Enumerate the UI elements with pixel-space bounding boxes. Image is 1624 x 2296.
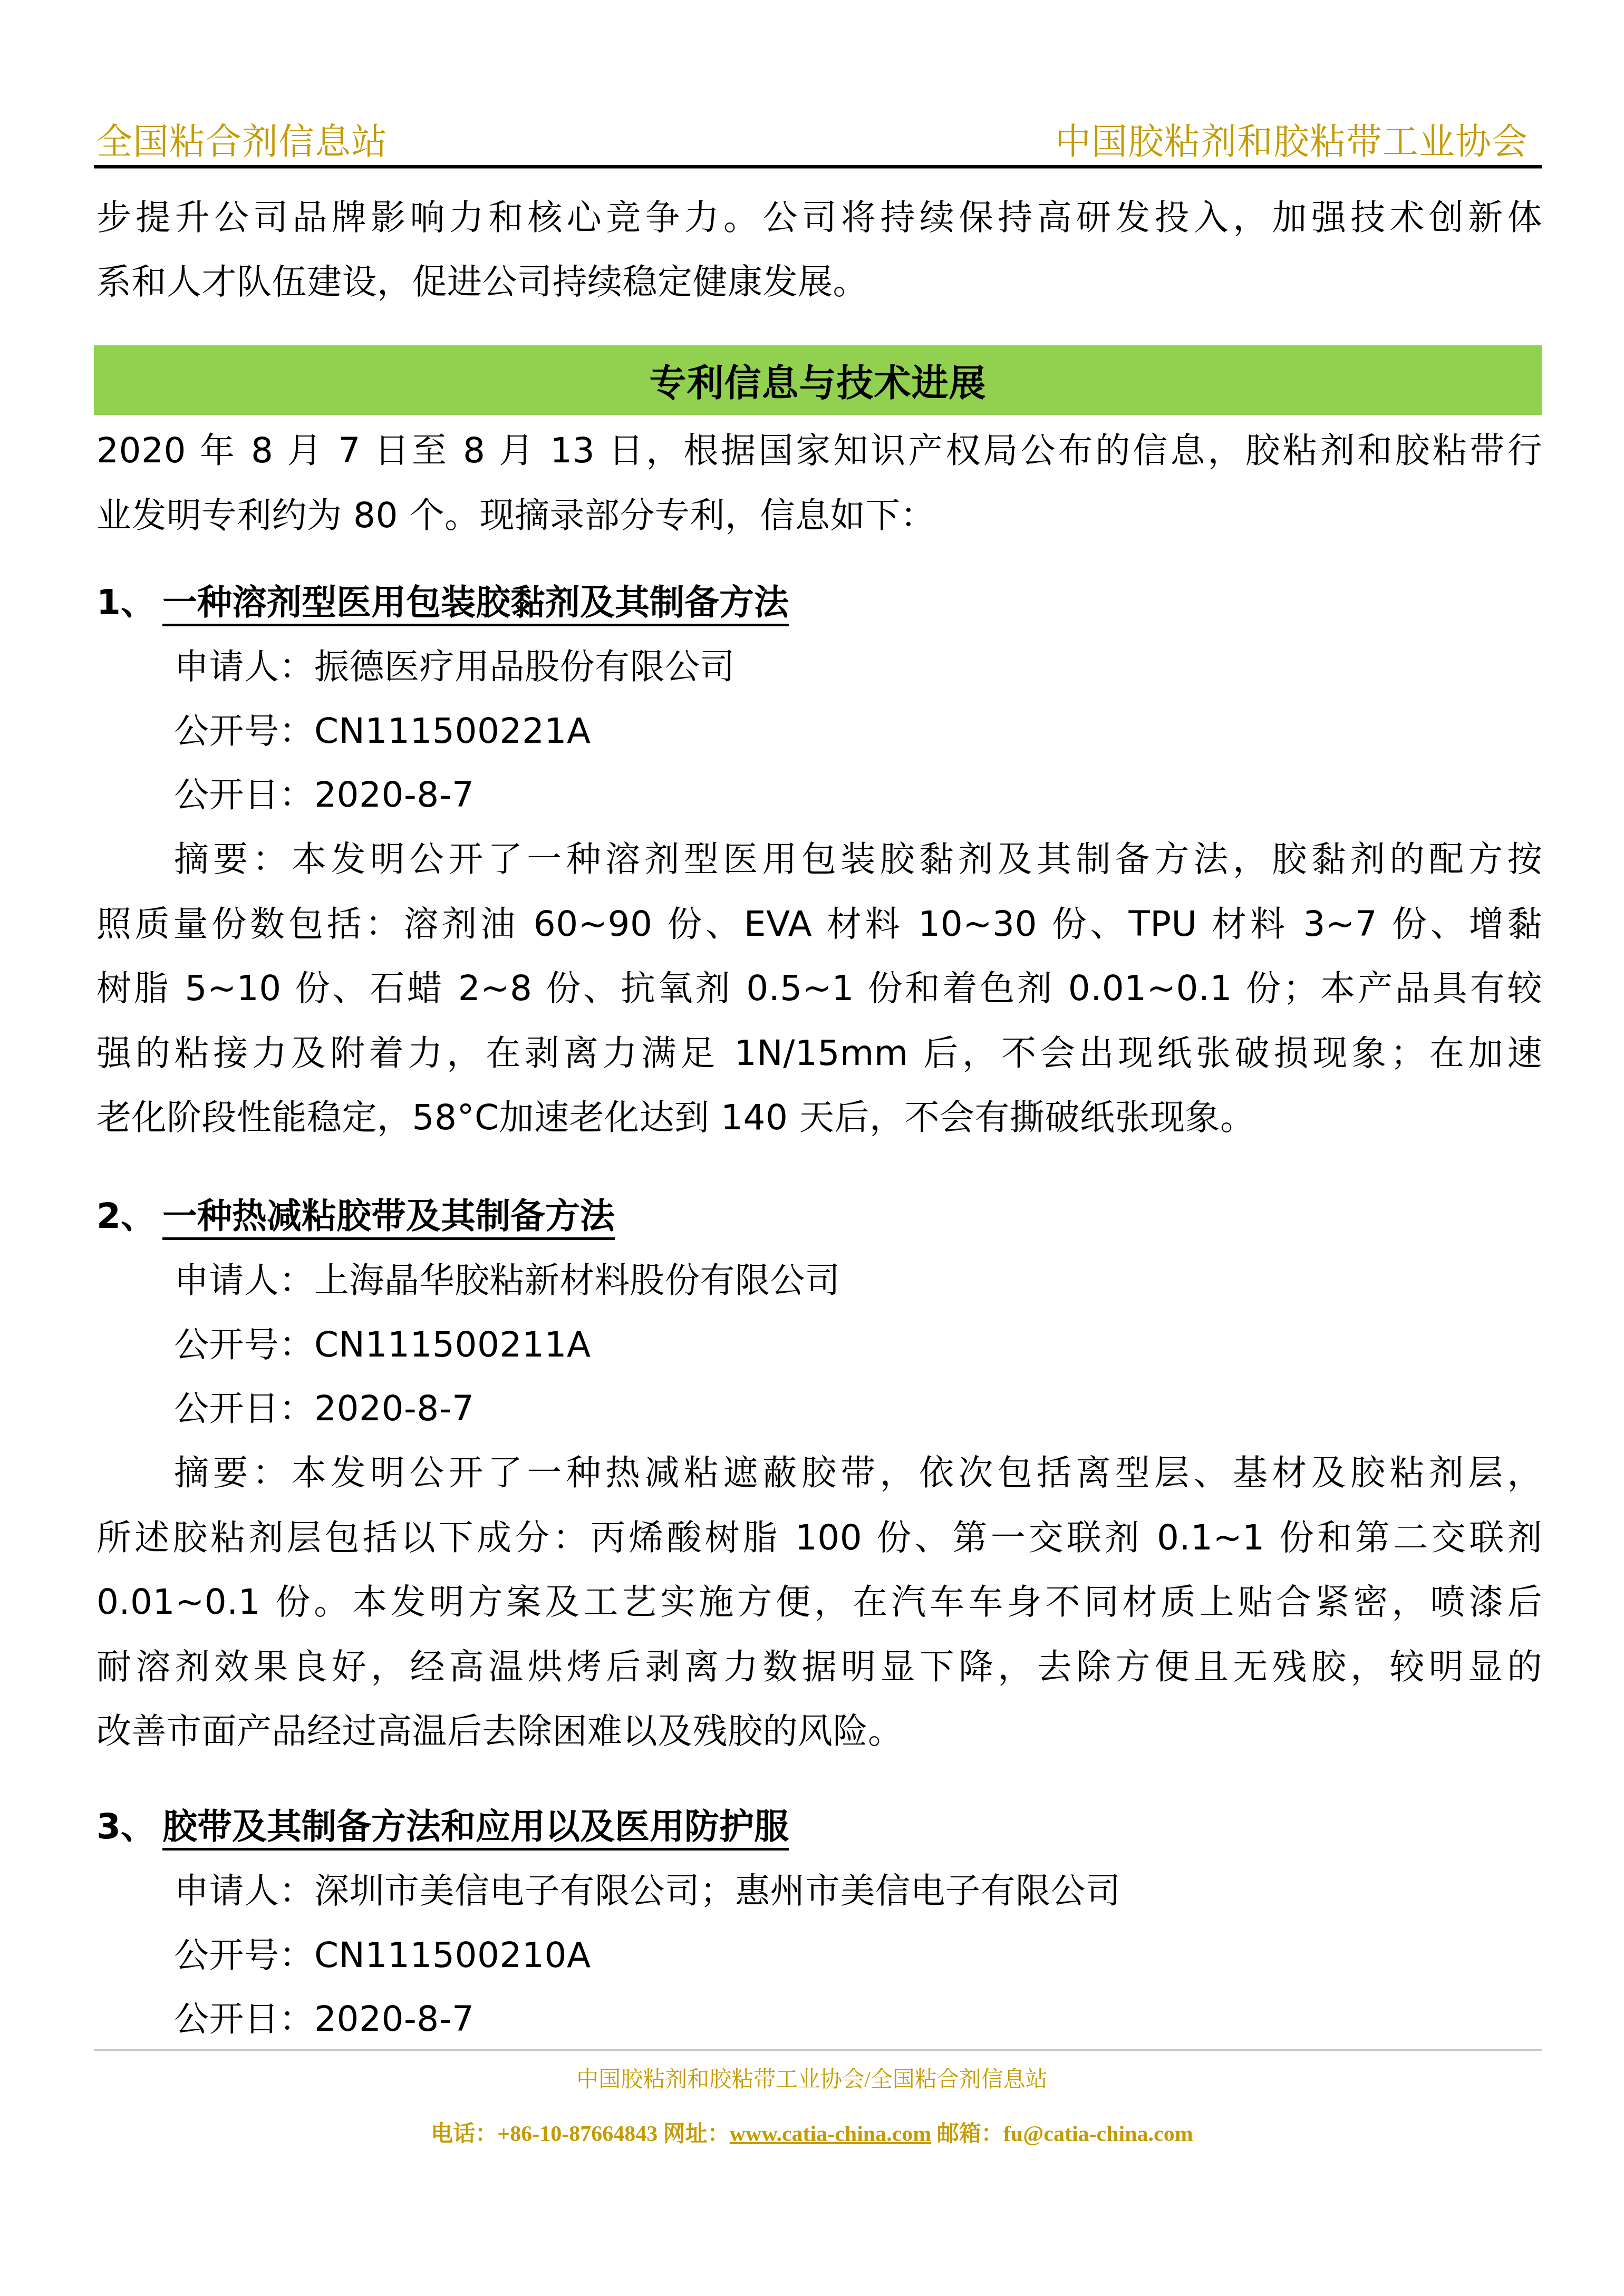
patent-title-text: 一种热减粘胶带及其制备方法 xyxy=(162,1196,615,1240)
abstract-line: 耐溶剂效果良好，经高温烘烤后剥离力数据明显下降，去除方便且无残胶，较明显的 xyxy=(96,1643,1542,1691)
patent-title-text: 一种溶剂型医用包装胶黏剂及其制备方法 xyxy=(162,582,789,626)
patent-pub-no: 公开号：CN111500210A xyxy=(174,1932,1620,1979)
pub-no-label: 公开号： xyxy=(174,1935,314,1975)
pub-no-label: 公开号： xyxy=(174,1324,314,1365)
abstract-line: 摘要：本发明公开了一种热减粘遮蔽胶带，依次包括离型层、基材及胶粘剂层， xyxy=(174,1449,1542,1497)
pub-no-value: CN111500211A xyxy=(314,1324,591,1365)
phone-label: 电话： xyxy=(431,2122,497,2146)
footer-divider xyxy=(94,2049,1542,2051)
abstract-line: 树脂 5~10 份、石蜡 2~8 份、抗氧剂 0.5~1 份和着色剂 0.01~… xyxy=(96,965,1542,1012)
abstract-line: 0.01~0.1 份。本发明方案及工艺实施方便，在汽车车身不同材质上贴合紧密，喷… xyxy=(96,1578,1542,1626)
abstract-line: 改善市面产品经过高温后去除困难以及残胶的风险。 xyxy=(96,1708,1542,1755)
applicant-label: 申请人： xyxy=(174,646,314,687)
header-association-name: 中国胶粘剂和胶粘带工业协会 xyxy=(1055,119,1528,166)
header-site-name: 全国粘合剂信息站 xyxy=(96,119,388,166)
applicant-label: 申请人： xyxy=(174,1871,314,1911)
document-page: 全国粘合剂信息站 中国胶粘剂和胶粘带工业协会 步提升公司品牌影响力和核心竞争力。… xyxy=(0,0,1624,2296)
patent-applicant: 申请人：深圳市美信电子有限公司；惠州市美信电子有限公司 xyxy=(174,1867,1620,1915)
pub-date-value: 2020-8-7 xyxy=(314,1388,475,1429)
pub-no-value: CN111500221A xyxy=(314,711,591,751)
patent-number: 1、 xyxy=(96,579,162,626)
pub-date-value: 2020-8-7 xyxy=(314,774,475,815)
pub-no-value: CN111500210A xyxy=(314,1935,591,1975)
patent-title: 1、一种溶剂型医用包装胶黏剂及其制备方法 xyxy=(96,579,789,626)
abstract-line: 所述胶粘剂层包括以下成分：丙烯酸树脂 100 份、第一交联剂 0.1~1 份和第… xyxy=(96,1514,1542,1562)
pub-date-label: 公开日： xyxy=(174,1999,314,2039)
applicant-value: 深圳市美信电子有限公司；惠州市美信电子有限公司 xyxy=(314,1871,1121,1911)
pub-no-label: 公开号： xyxy=(174,711,314,751)
applicant-value: 上海晶华胶粘新材料股份有限公司 xyxy=(314,1260,840,1301)
patent-number: 3、 xyxy=(96,1803,162,1851)
patent-number: 2、 xyxy=(96,1193,162,1240)
patent-pub-no: 公开号：CN111500211A xyxy=(174,1321,1620,1369)
patent-pub-no: 公开号：CN111500221A xyxy=(174,708,1620,755)
email-address[interactable]: fu@catia-china.com xyxy=(1003,2122,1193,2146)
website-label: 网址： xyxy=(658,2122,730,2146)
phone-number: +86-10-87664843 xyxy=(497,2122,658,2146)
patent-title-text: 胶带及其制备方法和应用以及医用防护服 xyxy=(162,1806,789,1851)
section-banner: 专利信息与技术进展 xyxy=(94,345,1542,415)
patent-pub-date: 公开日：2020-8-7 xyxy=(174,1385,1620,1432)
continuation-line: 系和人才队伍建设，促进公司持续稳定健康发展。 xyxy=(96,258,1542,306)
intro-line: 业发明专利约为 80 个。现摘录部分专利，信息如下： xyxy=(96,492,1542,539)
footer-contact: 电话：+86-10-87664843 网址：www.catia-china.co… xyxy=(0,2118,1624,2150)
patent-applicant: 申请人：振德医疗用品股份有限公司 xyxy=(174,643,1620,691)
website-link[interactable]: www.catia-china.com xyxy=(730,2122,932,2146)
section-title: 专利信息与技术进展 xyxy=(650,354,987,407)
patent-title: 3、胶带及其制备方法和应用以及医用防护服 xyxy=(96,1803,789,1851)
header-divider xyxy=(94,165,1542,169)
footer-organization: 中国胶粘剂和胶粘带工业协会/全国粘合剂信息站 xyxy=(0,2064,1624,2096)
abstract-line: 老化阶段性能稳定，58°C加速老化达到 140 天后，不会有撕破纸张现象。 xyxy=(96,1094,1542,1141)
pub-date-label: 公开日： xyxy=(174,774,314,815)
pub-date-value: 2020-8-7 xyxy=(314,1999,475,2039)
applicant-label: 申请人： xyxy=(174,1260,314,1301)
abstract-line: 摘要：本发明公开了一种溶剂型医用包装胶黏剂及其制备方法，胶黏剂的配方按 xyxy=(174,836,1542,883)
patent-pub-date: 公开日：2020-8-7 xyxy=(174,771,1620,819)
abstract-line: 照质量份数包括：溶剂油 60~90 份、EVA 材料 10~30 份、TPU 材… xyxy=(96,900,1542,948)
continuation-line: 步提升公司品牌影响力和核心竞争力。公司将持续保持高研发投入，加强技术创新体 xyxy=(96,194,1542,241)
pub-date-label: 公开日： xyxy=(174,1388,314,1429)
patent-title: 2、一种热减粘胶带及其制备方法 xyxy=(96,1193,615,1240)
intro-line: 2020 年 8 月 7 日至 8 月 13 日，根据国家知识产权局公布的信息，… xyxy=(96,427,1542,474)
abstract-line: 强的粘接力及附着力，在剥离力满足 1N/15mm 后，不会出现纸张破损现象；在加… xyxy=(96,1030,1542,1077)
email-label: 邮箱： xyxy=(931,2122,1003,2146)
patent-applicant: 申请人：上海晶华胶粘新材料股份有限公司 xyxy=(174,1257,1620,1304)
patent-pub-date: 公开日：2020-8-7 xyxy=(174,1995,1620,2043)
applicant-value: 振德医疗用品股份有限公司 xyxy=(314,646,735,687)
